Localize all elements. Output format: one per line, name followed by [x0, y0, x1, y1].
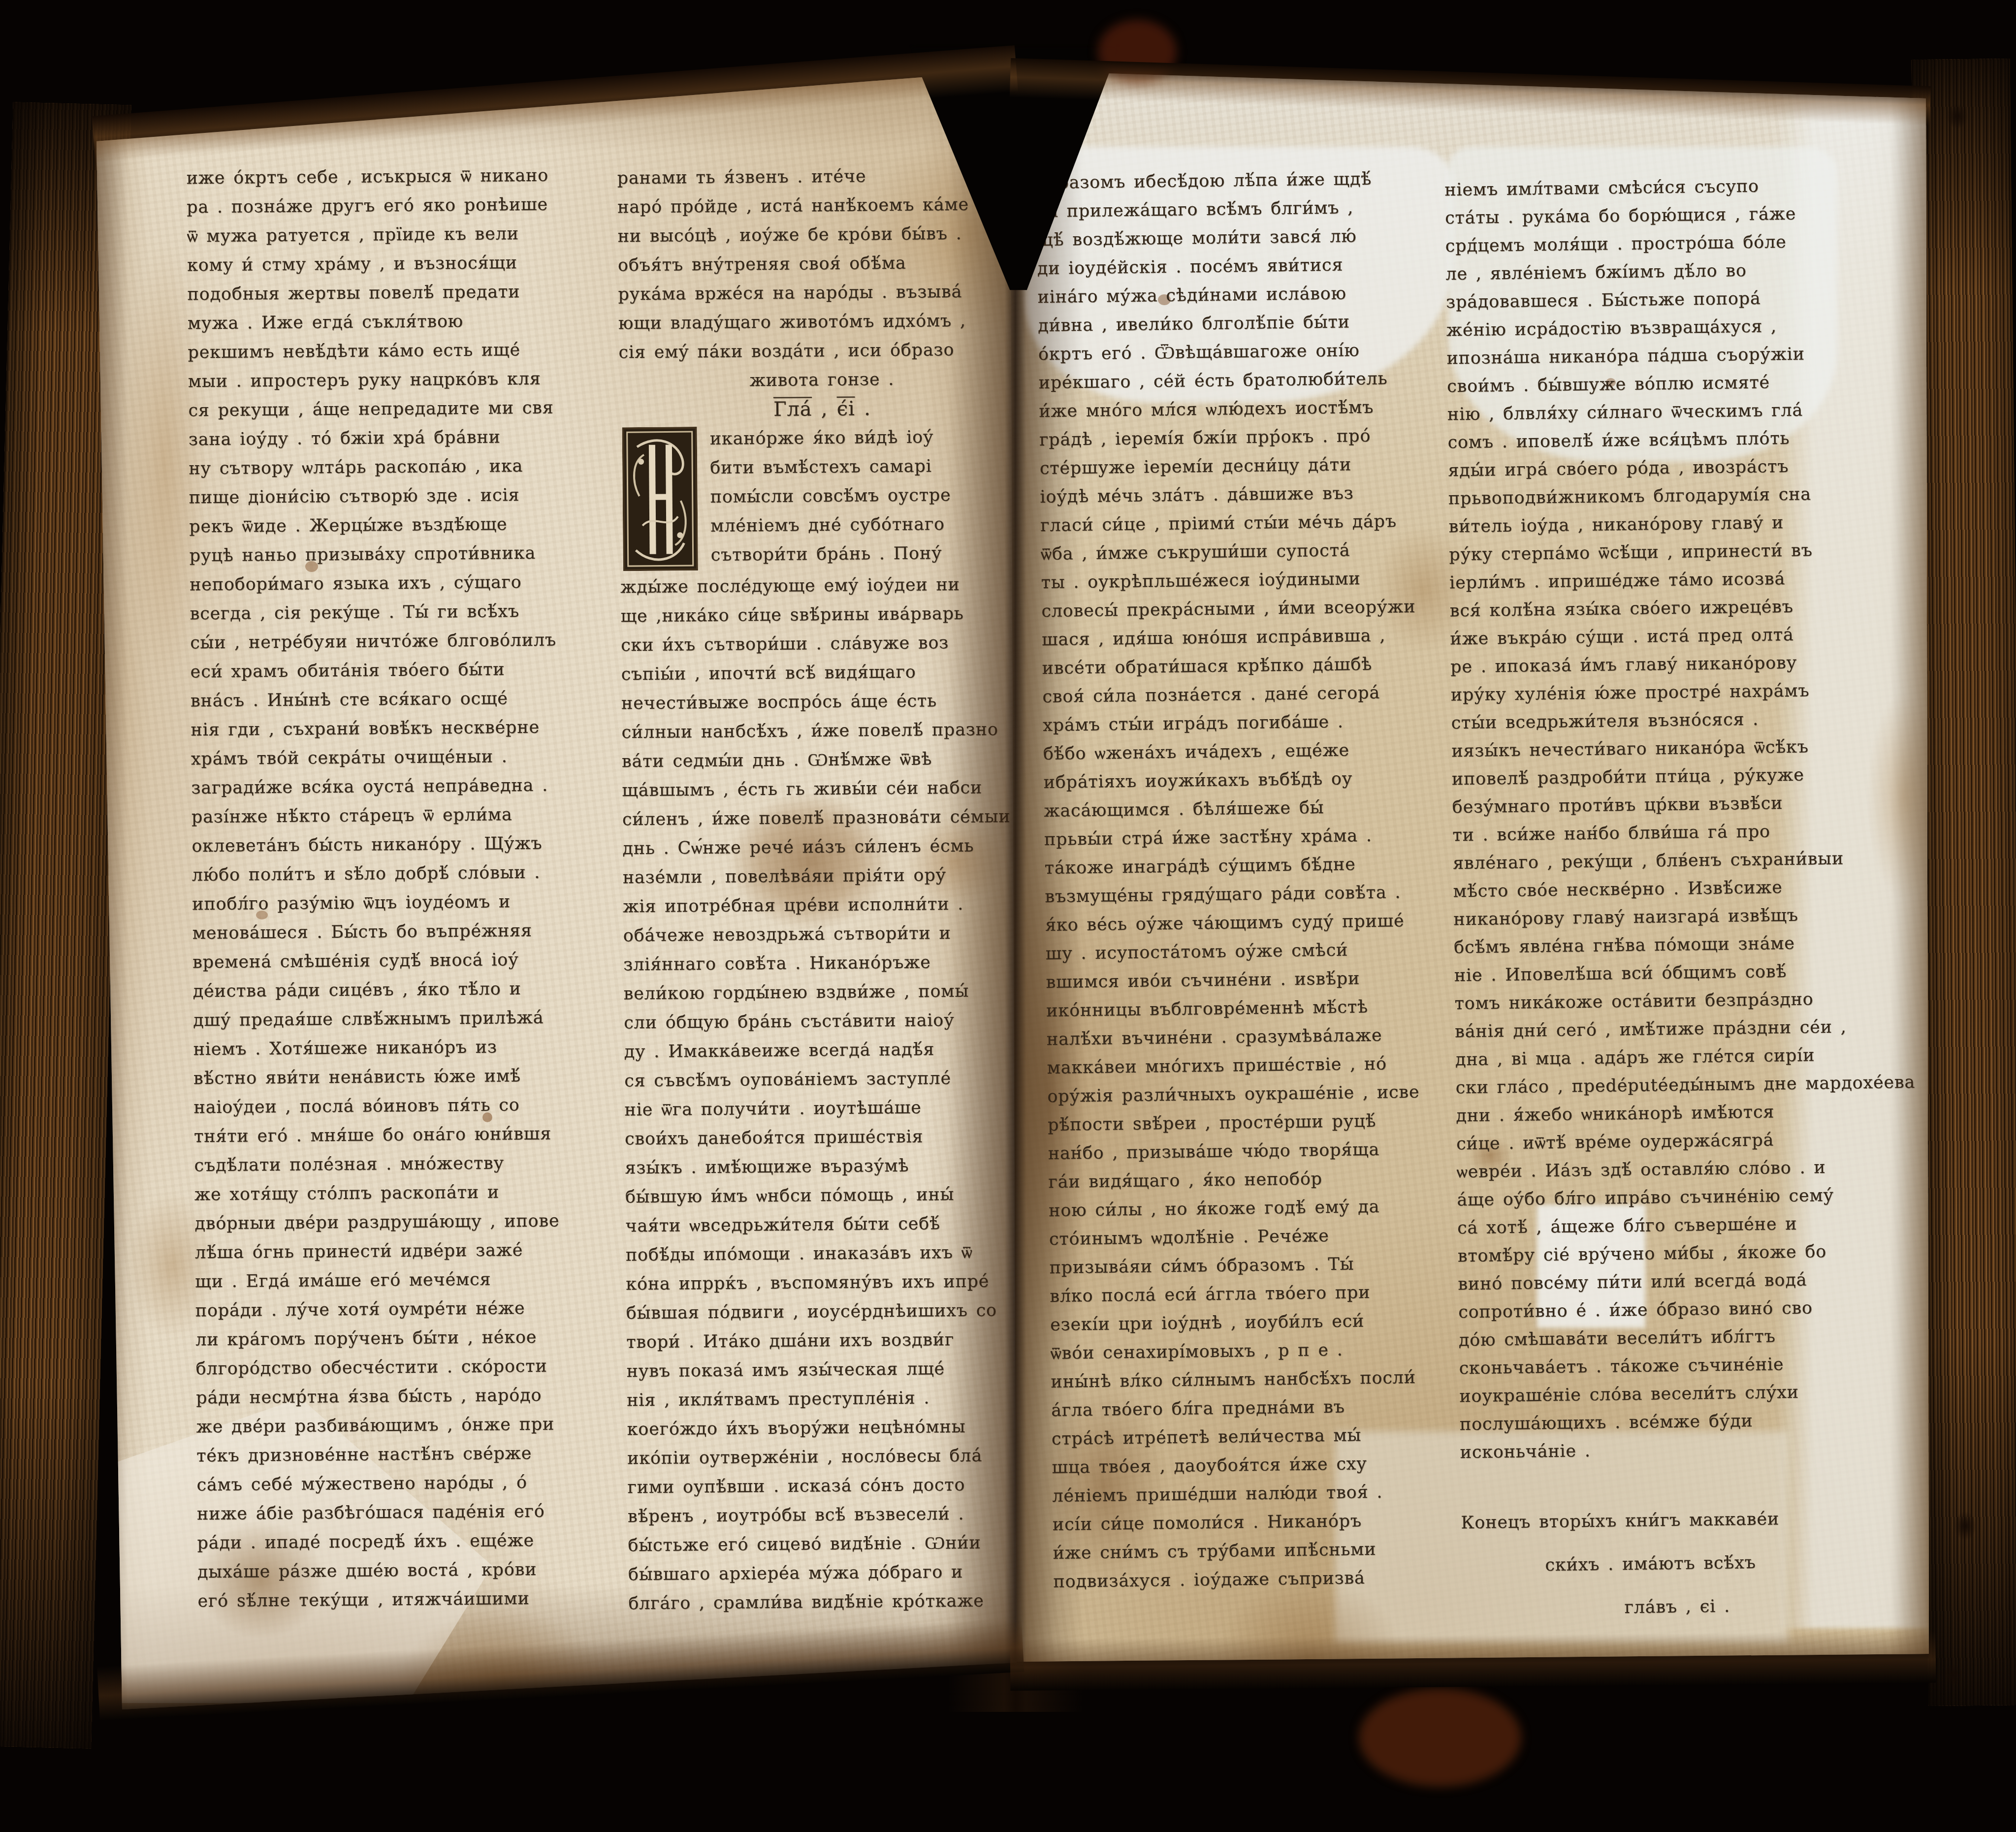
- text-line: сы́и , нетре́буяи ничто́же блгово́лилъ: [190, 626, 599, 658]
- text-line: вся́ колѣ́на язы́ка сво́его ижреце́въ: [1449, 592, 1873, 626]
- text-line: шу . исупоста́томъ оу́же смѣси́: [1045, 935, 1444, 968]
- text-line: же́нію исра́достію възвраща́хуся ,: [1446, 312, 1870, 345]
- text-line: исі́и си́це помоли́ся . Никано́ръ: [1053, 1506, 1452, 1539]
- page-edge-shadow: [1890, 63, 1930, 1713]
- text-line: шася , идя́ша юно́шя испра́вивша ,: [1042, 621, 1441, 654]
- text-line: срд́цемъ моля́щи . простро́ша бо́ле: [1445, 227, 1869, 261]
- text-line: нія гди , съхрани́ вовѣ́къ нескве́рне: [191, 713, 599, 745]
- text-line: щѣ́ воздѣ́жюще моли́ти зався́ лю́: [1037, 221, 1436, 254]
- colophon-line-3: гла́въ , єі .: [1462, 1583, 1886, 1632]
- text-line: втомѣ́ру сіе́ вру́чено ми́бы , я́коже бо: [1457, 1237, 1881, 1271]
- text-line: дыха́ше ра́зже дше́ю воста́ , кро́ви: [197, 1555, 606, 1587]
- text-line: хра́мъ тво́й секра́ты очище́ныи .: [191, 742, 600, 774]
- text-line: ре . ипоказа́ и́мъ главу́ никано́рову: [1450, 648, 1874, 682]
- text-line: безу́мнаго проти́въ цр́кви възвѣ́си: [1452, 789, 1876, 822]
- text-line: си́це . иѿтѣ́ вре́ме оудержа́сягра́: [1456, 1125, 1880, 1159]
- text-line: прьвоподви́жникомъ блгодарумі́я сна: [1448, 480, 1872, 513]
- text-line: словесы́ прекра́сными , и́ми всеору́жи: [1041, 592, 1440, 626]
- text-line: ру́ку стерпа́мо ѿсѣ́щи , ипринести́ въ: [1449, 536, 1873, 569]
- binding-leather-glint: [1098, 20, 1177, 84]
- text-line: исконьча́ніе .: [1460, 1434, 1884, 1467]
- text-line: иже о́кртъ себе , исъкрыся ѿ никано: [186, 161, 595, 193]
- chapter-comma: ,: [821, 398, 828, 420]
- text-line: ну сътвору ѡлта́рь раскопа́ю , ика: [189, 451, 597, 484]
- chapter-period: .: [864, 397, 871, 420]
- text-line: ипозна́ша никано́ра па́дша съору́жіи: [1446, 340, 1870, 373]
- wormhole-mark: [1953, 1511, 1977, 1541]
- text-line: явле́наго , реку́щи , блв́енъ съхрани́вы…: [1453, 845, 1877, 878]
- text-line: мужа . Иже егда́ съкля́твою: [188, 306, 596, 339]
- text-line: ва́нія дни́ сего́ , имѣ́тиже пра́здни се…: [1455, 1013, 1879, 1046]
- text-column-4: ніемъ имл́твами смѣси́ся съсупоста́ты . …: [1444, 171, 1886, 1631]
- text-line: рекшимъ невѣ́дѣти ка́мо есть ище́: [188, 335, 596, 368]
- text-line: налѣ́хи въчине́ни . сразумѣва́лаже: [1047, 1020, 1446, 1054]
- text-line: подвиза́хуся . іоу́даже съпризва́: [1053, 1563, 1452, 1596]
- text-line: лю́бо поли́тъ и ѕѣ́ло добрѣ́ сло́выи .: [192, 858, 601, 890]
- left-page: иже о́кртъ себе , исъкрыся ѿ никанора . …: [94, 69, 1017, 1715]
- text-line: ѿво́и сенахирі́мовыхъ , р п е .: [1050, 1334, 1449, 1368]
- text-line: кому и́ стму хра́му , и възнося́щи: [187, 248, 596, 281]
- text-line: ины́нѣ вл́ко си́лнымъ нанбсѣ́хъ посли́: [1051, 1363, 1450, 1396]
- text-line: ра . позна́же другъ его́ яко ронѣише: [187, 190, 595, 222]
- text-line: сомъ . иповелѣ́ и́же вся́цѣмъ пло́ть: [1447, 424, 1871, 457]
- text-line: вл́ко посла́ еси́ а́ггла тво́его при: [1050, 1277, 1449, 1311]
- text-line: ра́ди несмр́тна я́зва бы́сть , наро́до: [196, 1381, 605, 1413]
- text-line: сопроти́вно е́ . и́же о́бразо вино́ сво: [1458, 1294, 1882, 1327]
- text-line: сто́инымъ ѡдолѣ́ніе . Рече́же: [1049, 1220, 1448, 1254]
- text-line: зана іоу́ду . то́ бжіи хра́ бра́вни: [189, 422, 597, 455]
- text-line: ли кра́гомъ пору́ченъ бы́ти , не́кое: [195, 1323, 604, 1355]
- text-line: ле , явле́ніемъ бжі́имъ дѣ́ло во: [1445, 255, 1869, 289]
- text-line: ди́вна , ивели́ко блголѣ́піе бы́ти: [1038, 307, 1437, 340]
- text-line: дшу́ предая́ше слвѣ́жнымъ прилѣжа́: [193, 1003, 602, 1036]
- text-line: наіоу́деи , посла́ во́иновъ пя́ть со: [193, 1090, 602, 1123]
- text-line: ире́кшаго , се́й е́сть братолюби́тель: [1038, 364, 1438, 397]
- text-line: сконьчава́етъ . та́коже съчине́ніе: [1459, 1350, 1883, 1383]
- gutter-shadow: [948, 63, 1083, 1712]
- chapter-word: Гла́: [773, 398, 812, 421]
- text-line: ты . оукрѣпльше́жеся іоу́диными: [1041, 564, 1440, 597]
- text-line: своя́ си́ла позна́ется . дане́ сегора́: [1042, 678, 1441, 711]
- text-line: ѿба , и́мже съкруши́ши супоста́: [1041, 535, 1440, 569]
- text-line: мыи . ипростеръ руку нацрко́въ кля: [188, 364, 597, 397]
- text-line: ибра́тіяхъ иоужи́кахъ въбѣ́дѣ оу: [1043, 763, 1442, 797]
- text-line: призыва́яи си́мъ о́бразомъ . Ты́: [1049, 1249, 1448, 1282]
- text-line: менова́шеся . Бы́сть бо въпре́жняя: [192, 916, 601, 948]
- text-line: я́ко ве́сь оу́же ча́ющимъ суду́ прише́: [1045, 906, 1444, 940]
- text-line: же две́ри разбива́ющимъ , о́нже при: [196, 1410, 605, 1442]
- text-line: шца тво́ея , даоубоя́тся и́же сху: [1052, 1449, 1451, 1482]
- text-line: ди іоуде́йскія . посе́мъ яви́тися: [1037, 250, 1436, 283]
- text-line: времена́ смѣше́нія судѣ́ вноса́ іоу́: [192, 945, 601, 978]
- text-line: и́же мно́го мл́ся ѡлю́дехъ иостѣ́мъ: [1039, 392, 1438, 426]
- text-line: а́гла тво́его бл́га предна́ми въ: [1051, 1391, 1450, 1425]
- text-line: възмуще́ны гряду́щаго ра́ди совѣ́та .: [1045, 878, 1444, 911]
- text-line: ниже а́біе разбѣго́шася паде́нія его́: [197, 1497, 606, 1529]
- text-line: мѣ́сто сво́е нескве́рно . Извѣ́сиже: [1453, 873, 1877, 906]
- text-line: нан́бо , призыва́ше чю́до творя́ща: [1048, 1135, 1447, 1168]
- text-line: блгоро́дство обесче́стити . ско́рости: [195, 1352, 604, 1384]
- text-line: еси́ храмъ обита́нія тво́его бы́ти: [190, 655, 599, 687]
- text-line: ніемъ . Хотя́шеже никано́ръ из: [193, 1032, 602, 1065]
- text-line: вино́ повсе́му пи́ти или́ всегда́ вода́: [1458, 1265, 1882, 1299]
- text-line: жаса́ющимся . бѣля́шеже бы́: [1044, 792, 1443, 825]
- text-line: ле́ніемъ прише́дши налю́ди твоя́ .: [1052, 1477, 1451, 1511]
- text-line: иповелѣ́ раздроби́ти пти́ца , ру́куже: [1452, 760, 1876, 794]
- text-column-1: иже о́кртъ себе , исъкрыся ѿ никанора . …: [186, 161, 606, 1616]
- text-line: ипобл́го разу́мію ѿцъ іоуде́омъ и: [192, 887, 601, 919]
- text-line: ра́ди . ипаде́ посредѣ́ и́хъ . еще́же: [197, 1526, 606, 1558]
- text-line: гра́дѣ , іеремі́я бжі́и прр́окъ . про́: [1039, 421, 1439, 454]
- text-line: ви́тель іоу́да , никано́рову главу́ и: [1448, 508, 1872, 541]
- text-line: о́бразомъ ибесѣ́дою лѣ́па и́же щдѣ́: [1036, 164, 1435, 197]
- text-line: ся рекущи , а́ще непредадите ми свя: [188, 393, 597, 426]
- text-line: вѣ́стно яви́ти нена́висть ю́же имѣ́: [193, 1061, 602, 1094]
- text-line: пище діони́сію сътворю́ зде . исія: [189, 480, 598, 513]
- text-line: съдѣ́лати поле́зная . мно́жеству: [194, 1148, 603, 1181]
- photo-of-open-antique-book: { "scene": { "description": "Open antiqu…: [0, 0, 2016, 1832]
- text-line: ніемъ имл́твами смѣси́ся съсупо: [1444, 171, 1868, 205]
- text-line: вна́съ . Ины́нѣ сте вся́каго осще́: [191, 684, 599, 716]
- text-line: езекі́и цри іоу́днѣ , иоуби́лъ еси́: [1050, 1306, 1449, 1339]
- text-line: никано́рову главу́ наизгара́ извѣ́щъ: [1453, 901, 1877, 934]
- text-line: послуша́ющихъ . все́мже бу́ди: [1460, 1406, 1884, 1439]
- text-line: яды́и игра́ сво́его ро́да , ивозра́стъ: [1448, 452, 1872, 485]
- text-line: подобныя жертвы повелѣ́ предати: [187, 277, 596, 310]
- wormhole-mark: [1943, 1664, 1963, 1686]
- text-line: его́ ѕѣ́лне теку́щи , итяжча́ишими: [197, 1584, 606, 1616]
- text-line: и́же въкра́ю су́щи . иста́ пред олта́: [1450, 620, 1874, 654]
- text-line: ѿ мужа ратуется , прїиде къ вели: [187, 219, 595, 252]
- text-line: іоу́дѣ ме́чь зла́тъ . да́вшиже въз: [1040, 478, 1439, 511]
- text-line: ико́нницы въблговре́меннѣ мѣ́стѣ: [1046, 992, 1445, 1025]
- text-line: до́ю смѣшава́ти весели́тъ ибл́гтъ: [1459, 1322, 1883, 1355]
- text-line: свои́мъ . бы́вшуже во́плю исмяте́: [1447, 368, 1871, 401]
- text-line: руцѣ наньо призыва́ху спроти́вника: [189, 538, 598, 571]
- text-line: оклевета́нъ бы́сть никано́ру . Щу́жъ: [192, 829, 600, 861]
- wormhole-mark: [1946, 103, 1968, 129]
- right-page: о́бразомъ ибесѣ́дою лѣ́па и́же щдѣ́ка пр…: [1010, 63, 1930, 1713]
- text-line: а́ще оу́бо бл́го ипра́во съчине́нію сему…: [1457, 1181, 1881, 1215]
- chapter-number: є́і: [837, 398, 855, 420]
- text-line: иязы́къ нечести́ваго никано́ра ѿсѣ́къ: [1451, 732, 1875, 766]
- text-line: ору́жія разли́чныхъ оукраше́ніе , исве: [1047, 1077, 1446, 1111]
- text-line: бѣ́бо ѡжена́хъ ича́дехъ , еще́же: [1043, 735, 1442, 768]
- text-line: гласи́ си́це , пріими́ сты́и ме́чь да́ръ: [1040, 506, 1440, 540]
- binding-leather-glint: [1359, 1688, 1521, 1787]
- text-line: нію , блвля́ху си́лнаго ѿческимъ гла́: [1447, 396, 1871, 429]
- woodcut-initial-letter-N: [622, 427, 698, 571]
- text-line: та́коже инагра́дѣ су́щимъ бѣ́дне: [1044, 849, 1443, 883]
- text-line: лѣ́ша о́гнь принести́ идве́ри заже́: [195, 1235, 604, 1268]
- text-line: непобори́маго языка ихъ , су́щаго: [190, 568, 598, 600]
- text-column-3: о́бразомъ ибесѣ́дою лѣ́па и́же щдѣ́ка пр…: [1036, 164, 1452, 1596]
- text-line: томъ ника́коже оста́вити безпра́здно: [1454, 985, 1878, 1018]
- text-line: иіна́го му́жа сѣди́нами исла́вою: [1037, 278, 1437, 312]
- text-line: ста́ты . рука́ма бо борю́щися , га́же: [1445, 199, 1869, 233]
- text-line: ніе . Иповелѣ́ша вси́ о́бщимъ совѣ́: [1454, 957, 1878, 990]
- text-line: и́же сни́мъ съ тру́бами ипѣ́сньми: [1053, 1534, 1452, 1568]
- text-line: са́ хотѣ́ , а́щеже бл́го съверше́не и: [1457, 1209, 1881, 1243]
- text-line: загради́же вся́ка оуста́ непра́ведна .: [191, 771, 600, 803]
- text-line: ка прилежа́щаго всѣ́мъ блги́мъ ,: [1036, 192, 1436, 226]
- text-line: дни . я́жебо ѡника́норѣ имѣ́ются: [1456, 1097, 1880, 1131]
- colophon-line-2: ски́хъ . има́ютъ всѣ́хъ: [1461, 1540, 1885, 1588]
- text-line: дна , ві мца . ада́ръ же гле́тся сирі́и: [1455, 1041, 1879, 1074]
- text-line: тня́ти его́ . мня́ше бо она́го юни́вшя: [194, 1119, 603, 1152]
- text-line: зра́довавшеся . Бы́стьже попора́: [1446, 284, 1870, 317]
- text-line: всегда , сія реку́ще . Ты́ ги всѣ́хъ: [190, 597, 598, 629]
- text-line: рекъ ѿиде . Жерцы́же въздѣ́юще: [189, 509, 598, 542]
- text-line: хра́мъ сты́и игра́дъ погиба́ше .: [1043, 706, 1442, 740]
- text-line: пора́ди . лу́че хотя́ оумре́ти не́же: [195, 1294, 604, 1326]
- column-4-body-lines: ніемъ имл́твами смѣси́ся съсупоста́ты . …: [1444, 171, 1884, 1467]
- text-line: иоукраше́ніе сло́ва весели́тъ слу́хи: [1459, 1378, 1883, 1411]
- colophon-line-1: Конецъ вторы́хъ кни́гъ маккаве́и: [1461, 1496, 1885, 1545]
- text-line: га́и видя́щаго , я́ко непобо́р: [1048, 1163, 1447, 1197]
- text-line: рѣ́пости ѕвѣ́реи , просте́рши руцѣ́: [1048, 1106, 1447, 1139]
- text-line: іерли́мъ . иприше́дже та́мо исозва́: [1449, 564, 1873, 598]
- text-line: разі́нже нѣ́кто ста́рецъ ѿ ерли́ма: [192, 800, 600, 832]
- text-line: ти . вси́же нан́бо блви́ша га́ про: [1452, 817, 1876, 850]
- text-line: вшимся иво́и съчине́ни . иѕвѣ́ри: [1046, 963, 1445, 997]
- text-line: ѡевре́и . Иа́зъ здѣ́ оставля́ю сло́во . …: [1456, 1153, 1880, 1187]
- text-line: ски гла́со , преdéputéеды́нымъ дне мардо…: [1455, 1069, 1879, 1103]
- text-line: макка́веи мно́гихъ прише́ствіе , но́: [1047, 1049, 1446, 1082]
- text-line: дво́рныи две́ри раздруша́ющу , ипове: [194, 1206, 603, 1239]
- text-line: сте́ршуже іеремі́и десни́цу да́ти: [1039, 449, 1439, 483]
- text-line: бсѣ́мъ явле́на гнѣ́ва по́мощи зна́ме: [1454, 929, 1878, 962]
- paper-stain: [399, 1610, 606, 1757]
- text-line: те́къ дризнове́нне настѣ́нъ све́рже: [196, 1439, 605, 1471]
- text-line: о́кртъ его́ . Ѿвѣща́вшагоже оні́ю: [1038, 335, 1438, 369]
- text-line: сты́и вседрьжи́теля възно́сяся .: [1451, 704, 1875, 738]
- text-line: ною си́лы , но я́коже годѣ́ ему́ да: [1049, 1192, 1448, 1225]
- text-line: прьвы́и стра́ и́же застѣ́ну хра́ма .: [1044, 821, 1443, 854]
- text-line: ивсе́ти обрати́шася крѣ́пко да́шбѣ: [1042, 649, 1441, 683]
- text-line: же хотя́щу сто́лпъ раскопа́ти и: [194, 1177, 603, 1210]
- text-line: де́иства ра́ди сице́въ , я́ко тѣ́ло и: [192, 974, 601, 1007]
- text-line: щи . Егда́ има́ше его́ мече́мся: [195, 1264, 604, 1297]
- text-line: иру́ку хуле́нія ю́же простре́ нахра́мъ: [1451, 676, 1875, 710]
- text-line: са́мъ себе́ му́жествено наро́ды , о́: [196, 1468, 605, 1500]
- text-line: стра́сѣ итре́петѣ вели́чества мы́: [1051, 1420, 1450, 1453]
